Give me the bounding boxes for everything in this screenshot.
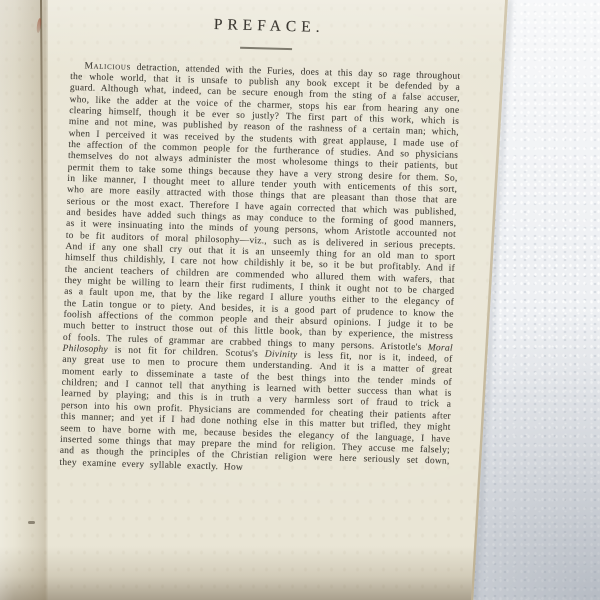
- page-content: PREFACE. Malicious detraction, attended …: [59, 13, 462, 480]
- paragraph-segment: Malicious: [84, 61, 131, 72]
- preface-paragraph: Malicious detraction, attended with the …: [59, 60, 460, 479]
- title-divider-rule: [240, 47, 292, 50]
- paragraph-segment: Divinity: [265, 350, 298, 361]
- page-title: PREFACE.: [72, 13, 462, 40]
- book-photo: PREFACE. Malicious detraction, attended …: [0, 0, 600, 600]
- page-blemish: [28, 521, 35, 524]
- paragraph-segment: detraction, attended with the Furies, do…: [63, 62, 461, 353]
- paragraph-segment: is less fit, nor is it, indeed, of any g…: [59, 351, 452, 473]
